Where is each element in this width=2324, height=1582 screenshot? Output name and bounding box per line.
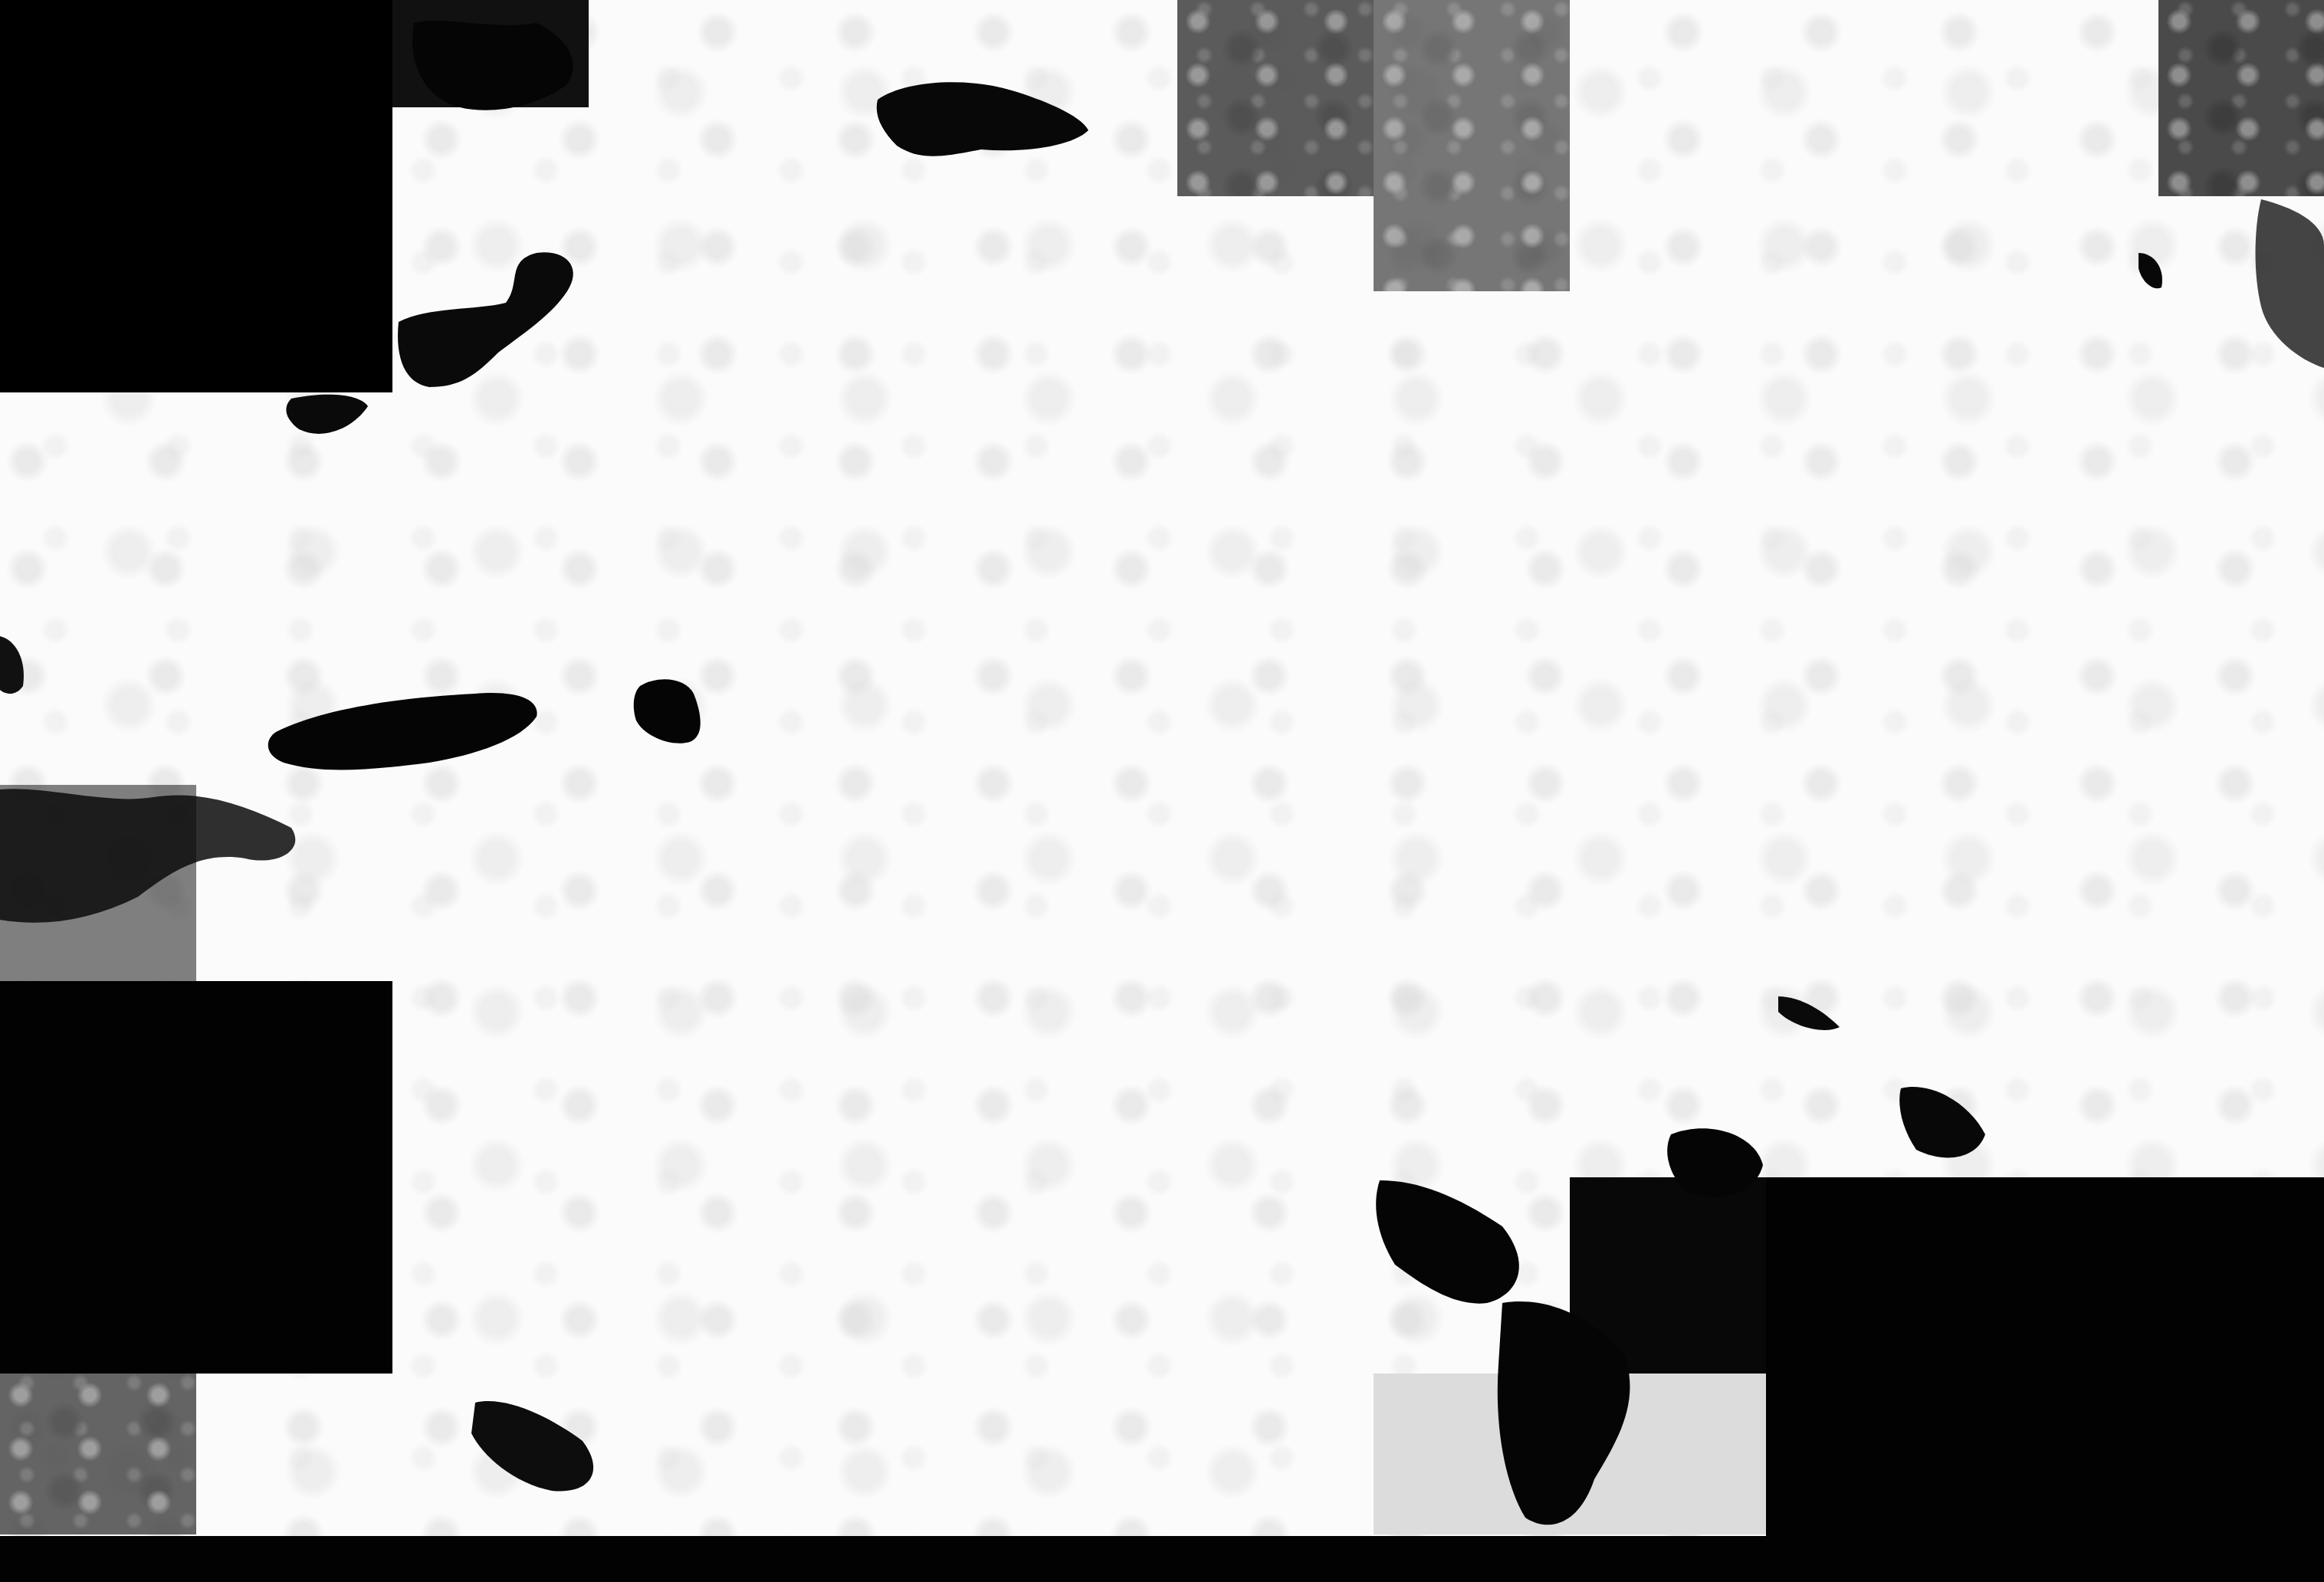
cloud-gap-shapes: [0, 0, 2324, 1582]
middle-small-gap: [634, 679, 701, 743]
upper-center-dark-hole: [877, 82, 1088, 156]
lower-right-broken-cloud-field: [1376, 1180, 1519, 1304]
upper-left-coastal-gaps: [398, 252, 573, 387]
middle-left-elongated-gap: [268, 693, 537, 770]
bottom-no-data-strip: [0, 1536, 2324, 1582]
satellite-mosaic: [0, 0, 2324, 1582]
left-edge-gap: [0, 636, 24, 694]
